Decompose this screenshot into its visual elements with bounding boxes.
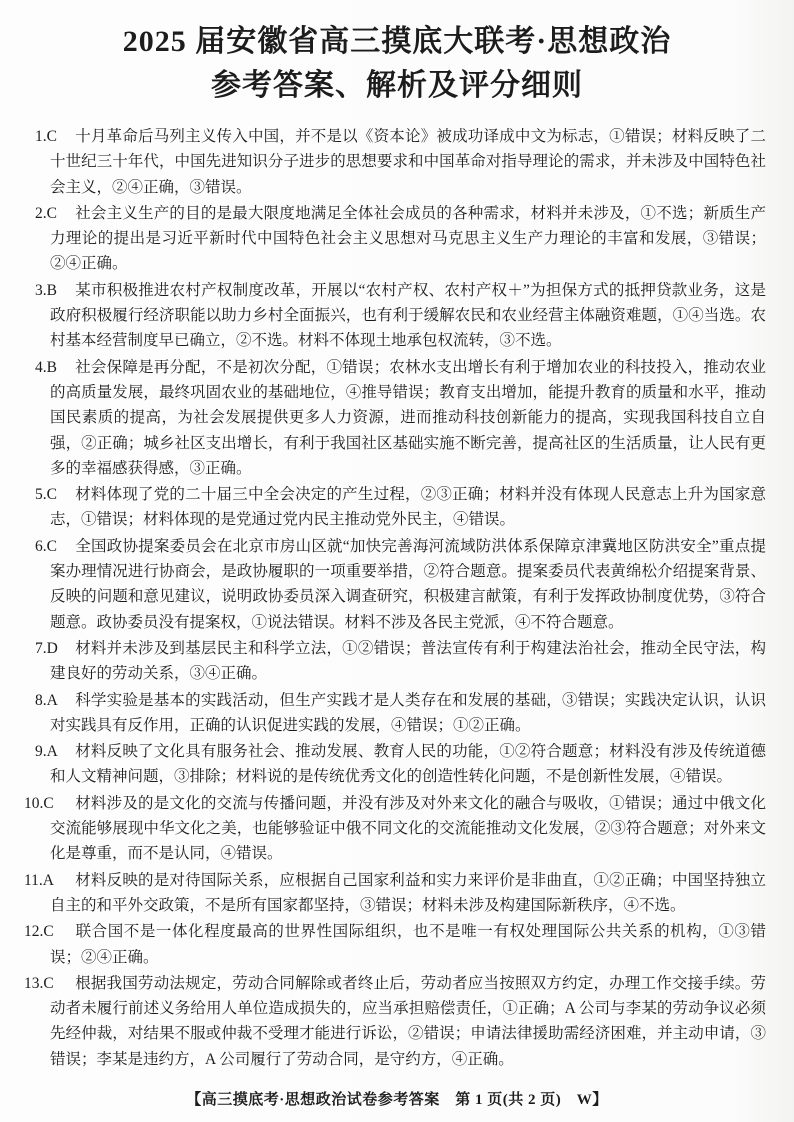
answer-number: 5.C bbox=[35, 482, 75, 507]
answer-number: 1.C bbox=[35, 124, 75, 149]
answer-item: 13.C根据我国劳动法规定，劳动合同解除或者终止后，劳动者应当按照双方约定，办理… bbox=[35, 971, 766, 1072]
answer-explanation: 社会主义生产的目的是最大限度地满足全体社会成员的各种需求，材料并未涉及，①不选；… bbox=[50, 205, 766, 273]
page-title: 2025 届安徽省高三摸底大联考·思想政治 bbox=[0, 20, 794, 64]
answer-explanation: 某市积极推进农村产权制度改革，开展以“农村产权、农村产权＋”为担保方式的抵押贷款… bbox=[50, 282, 766, 350]
answer-item: 4.B社会保障是再分配，不是初次分配，①错误；农林水支出增长有利于增加农业的科技… bbox=[35, 355, 766, 481]
answer-explanation: 材料反映了文化具有服务社会、推动发展、教育人民的功能，①②符合题意；材料没有涉及… bbox=[50, 743, 766, 785]
answer-explanation: 材料涉及的是文化的交流与传播问题，并没有涉及对外来文化的融合与吸收，①错误；通过… bbox=[50, 795, 766, 863]
answer-number: 4.B bbox=[35, 355, 75, 380]
answer-explanation: 十月革命后马列主义传入中国，并不是以《资本论》被成功译成中文为标志，①错误；材料… bbox=[50, 128, 766, 196]
answer-item: 6.C全国政协提案委员会在北京市房山区就“加快完善海河流域防洪体系保障京津冀地区… bbox=[35, 534, 766, 635]
answer-number: 11.A bbox=[24, 868, 75, 893]
answer-explanation: 社会保障是再分配，不是初次分配，①错误；农林水支出增长有利于增加农业的科技投入，… bbox=[50, 359, 766, 477]
answer-explanation: 全国政协提案委员会在北京市房山区就“加快完善海河流域防洪体系保障京津冀地区防洪安… bbox=[50, 538, 766, 631]
answer-explanation: 材料反映的是对待国际关系，应根据自己国家利益和实力来评价是非曲直，①②正确；中国… bbox=[50, 872, 766, 914]
answer-number: 12.C bbox=[24, 919, 75, 944]
answer-number: 6.C bbox=[35, 534, 75, 559]
answer-number: 10.C bbox=[24, 791, 75, 816]
answer-explanation: 材料并未涉及到基层民主和科学立法，①②错误；普法宣传有利于构建法治社会，推动全民… bbox=[50, 640, 766, 682]
answer-number: 2.C bbox=[35, 201, 75, 226]
answer-number: 9.A bbox=[35, 739, 75, 764]
answer-explanation: 科学实验是基本的实践活动，但生产实践才是人类存在和发展的基础，③错误；实践决定认… bbox=[50, 692, 766, 734]
answer-number: 3.B bbox=[35, 278, 75, 303]
answer-list: 1.C十月革命后马列主义传入中国，并不是以《资本论》被成功译成中文为标志，①错误… bbox=[35, 124, 766, 1072]
answer-item: 11.A材料反映的是对待国际关系，应根据自己国家利益和实力来评价是非曲直，①②正… bbox=[35, 868, 766, 919]
page-subtitle: 参考答案、解析及评分细则 bbox=[0, 64, 794, 108]
page-footer: 【高三摸底考·思想政治试卷参考答案 第 1 页(共 2 页) W】 bbox=[0, 1088, 794, 1109]
answer-item: 1.C十月革命后马列主义传入中国，并不是以《资本论》被成功译成中文为标志，①错误… bbox=[35, 124, 766, 200]
answer-item: 7.D材料并未涉及到基层民主和科学立法，①②错误；普法宣传有利于构建法治社会，推… bbox=[35, 636, 766, 687]
answer-item: 8.A科学实验是基本的实践活动，但生产实践才是人类存在和发展的基础，③错误；实践… bbox=[35, 688, 766, 739]
answer-number: 8.A bbox=[35, 688, 75, 713]
answer-explanation: 联合国不是一体化程度最高的世界性国际组织，也不是唯一有权处理国际公共关系的机构，… bbox=[50, 923, 766, 965]
answer-item: 5.C材料体现了党的二十届三中全会决定的产生过程，②③正确；材料并没有体现人民意… bbox=[35, 482, 766, 533]
answer-item: 3.B某市积极推进农村产权制度改革，开展以“农村产权、农村产权＋”为担保方式的抵… bbox=[35, 278, 766, 354]
answer-number: 13.C bbox=[24, 971, 75, 996]
answer-item: 12.C联合国不是一体化程度最高的世界性国际组织，也不是唯一有权处理国际公共关系… bbox=[35, 919, 766, 970]
answer-number: 7.D bbox=[35, 636, 75, 661]
answer-explanation: 材料体现了党的二十届三中全会决定的产生过程，②③正确；材料并没有体现人民意志上升… bbox=[50, 486, 766, 528]
answer-item: 9.A材料反映了文化具有服务社会、推动发展、教育人民的功能，①②符合题意；材料没… bbox=[35, 739, 766, 790]
answer-explanation: 根据我国劳动法规定，劳动合同解除或者终止后，劳动者应当按照双方约定，办理工作交接… bbox=[50, 975, 766, 1068]
exam-answer-page: { "header": { "title_line1": "2025 届安徽省高… bbox=[0, 0, 794, 1122]
answer-item: 10.C材料涉及的是文化的交流与传播问题，并没有涉及对外来文化的融合与吸收，①错… bbox=[35, 791, 766, 867]
answer-item: 2.C社会主义生产的目的是最大限度地满足全体社会成员的各种需求，材料并未涉及，①… bbox=[35, 201, 766, 277]
page-header: 2025 届安徽省高三摸底大联考·思想政治 参考答案、解析及评分细则 bbox=[0, 0, 794, 108]
